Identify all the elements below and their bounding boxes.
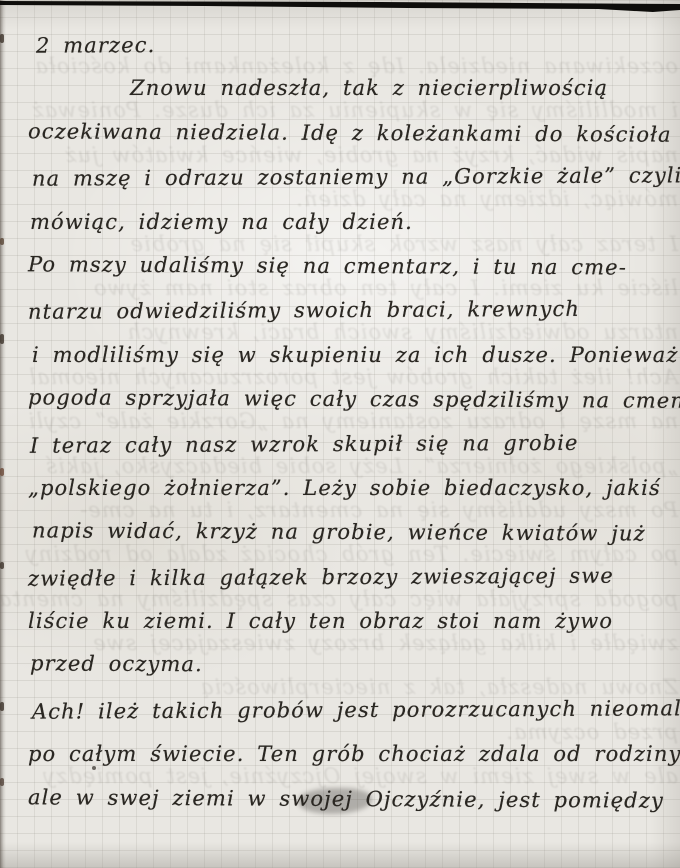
binding-mark — [0, 562, 4, 569]
handwritten-line: liście ku ziemi. I cały ten obraz stoi n… — [28, 599, 678, 643]
binding-mark — [0, 238, 4, 245]
handwritten-line: oczekiwana niedziela. Idę z koleżankami … — [28, 109, 678, 157]
binding-left-edge — [0, 0, 6, 868]
handwritten-line: pogoda sprzyjała więc cały czas spędzili… — [28, 375, 678, 423]
handwritten-line: na mszę i odrazu zostaniemy na „Gorzkie … — [28, 153, 678, 201]
handwritten-line: Po mszy udaliśmy się na cmentarz, i tu n… — [28, 242, 678, 290]
diary-page: oczekiwana niedziela. Idę z koleżankami … — [0, 0, 680, 868]
binding-mark — [0, 778, 4, 786]
handwritten-line: ntarzu odwiedziliśmy swoich braci, krewn… — [28, 287, 678, 335]
handwritten-line: Ach! ileż takich grobów jest porozrzucan… — [28, 686, 678, 734]
ink-speck — [92, 766, 96, 770]
handwritten-line: I teraz cały nasz wzrok skupił się na gr… — [28, 420, 678, 468]
binding-mark — [0, 468, 4, 476]
handwritten-line: napis widać, krzyż na grobie, wieńce kwi… — [28, 509, 678, 557]
handwritten-line: mówiąc, idziemy na cały dzień. — [28, 200, 678, 244]
handwritten-line: „polskiego żołnierza”. Leży sobie biedac… — [28, 466, 678, 510]
binding-mark — [0, 334, 4, 344]
handwritten-line: po całym świecie. Ten grób chociaż zdala… — [28, 732, 678, 776]
binding-mark — [0, 34, 4, 43]
handwritten-line: zwiędłe i kilka gałązek brzozy zwieszają… — [28, 553, 678, 601]
handwritten-line: przed oczyma. — [28, 642, 678, 690]
notebook-top-edge — [0, 0, 680, 14]
entry-date: 2 marzec. — [28, 20, 678, 68]
handwritten-line: i modliliśmy się w skupieniu za ich dusz… — [28, 333, 678, 377]
binding-mark — [0, 702, 4, 711]
handwriting-layer: 2 marzec. Znowu nadeszła, tak z niecierp… — [28, 22, 678, 821]
handwritten-line: Znowu nadeszła, tak z niecierpliwością — [28, 66, 678, 110]
